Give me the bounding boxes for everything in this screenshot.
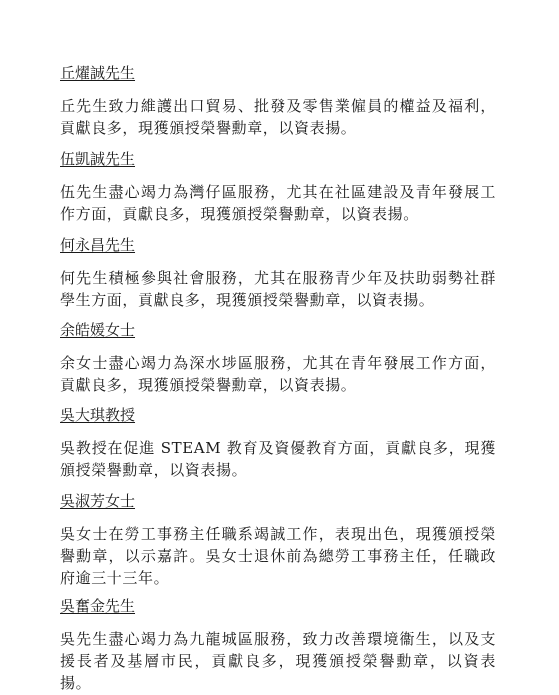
honour-entry: 吳淑芳女士 吳女士在勞工事務主任職系竭誠工作，表現出色，現獲頒授榮譽勳章，以示嘉… <box>60 491 500 511</box>
recipient-citation: 何先生積極參與社會服務，尤其在服務青少年及扶助弱勢社群學生方面，貢獻良多，現獲頒… <box>60 267 496 311</box>
recipient-citation: 丘先生致力維護出口貿易、批發及零售業僱員的權益及福利，貢獻良多，現獲頒授榮譽勳章… <box>60 95 496 139</box>
recipient-name: 丘燿誠先生 <box>60 63 500 83</box>
recipient-citation: 吳教授在促進 STEAM 教育及資優教育方面，貢獻良多，現獲頒授榮譽勳章，以資表… <box>60 437 496 481</box>
recipient-citation: 吳先生盡心竭力為九龍城區服務，致力改善環境衞生，以及支援長者及基層市民，貢獻良多… <box>60 628 496 694</box>
recipient-name: 吳淑芳女士 <box>60 491 500 511</box>
recipient-name: 余皓媛女士 <box>60 320 500 340</box>
honour-entry: 丘燿誠先生 丘先生致力維護出口貿易、批發及零售業僱員的權益及福利，貢獻良多，現獲… <box>60 63 500 83</box>
honour-entry: 何永昌先生 何先生積極參與社會服務，尤其在服務青少年及扶助弱勢社群學生方面，貢獻… <box>60 235 500 255</box>
recipient-citation: 伍先生盡心竭力為灣仔區服務，尤其在社區建設及青年發展工作方面，貢獻良多，現獲頒授… <box>60 181 496 225</box>
honour-entry: 吳奮金先生 吳先生盡心竭力為九龍城區服務，致力改善環境衞生，以及支援長者及基層市… <box>60 596 500 616</box>
recipient-citation: 吳女士在勞工事務主任職系竭誠工作，表現出色，現獲頒授榮譽勳章，以示嘉許。吳女士退… <box>60 523 496 589</box>
honour-entry: 伍凱誠先生 伍先生盡心竭力為灣仔區服務，尤其在社區建設及青年發展工作方面，貢獻良… <box>60 149 500 169</box>
recipient-name: 吳奮金先生 <box>60 596 500 616</box>
recipient-name: 吳大琪教授 <box>60 405 500 425</box>
recipient-name: 伍凱誠先生 <box>60 149 500 169</box>
honour-entry: 吳大琪教授 吳教授在促進 STEAM 教育及資優教育方面，貢獻良多，現獲頒授榮譽… <box>60 405 500 425</box>
honour-entry: 余皓媛女士 余女士盡心竭力為深水埗區服務，尤其在青年發展工作方面，貢獻良多，現獲… <box>60 320 500 340</box>
recipient-name: 何永昌先生 <box>60 235 500 255</box>
recipient-citation: 余女士盡心竭力為深水埗區服務，尤其在青年發展工作方面，貢獻良多，現獲頒授榮譽勳章… <box>60 352 496 396</box>
